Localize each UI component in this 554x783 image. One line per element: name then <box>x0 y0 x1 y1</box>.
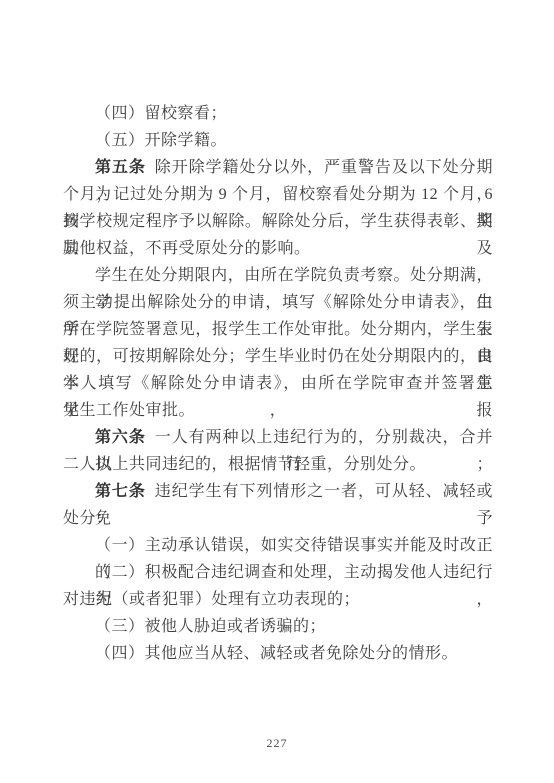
line-text: 学生工作处审批。 <box>63 402 195 419</box>
text-line: 好的，可按期解除处分；学生毕业时仍在处分期限内的，由学生 <box>63 343 493 370</box>
text-line: 须主动提出解除处分的申请，填写《解除处分申请表》，由学生 <box>63 289 493 316</box>
line-text: （五）开除学籍。 <box>95 132 227 149</box>
line-text: 二人以上共同违纪的，根据情节轻重，分别处分。 <box>63 456 426 473</box>
line-text: 违纪学生有下列情形之一者，可从轻、减轻或免予 <box>95 483 493 527</box>
text-line: （四）其他应当从轻、减轻或者免除处分的情形。 <box>63 640 493 667</box>
text-line: 所在学院签署意见，报学生工作处审批。处分期内，学生表现良 <box>63 316 493 343</box>
article-number: 第五条 <box>95 159 146 176</box>
document-page: （四）留校察看；（五）开除学籍。第五条除开除学籍处分以外，严重警告及以下处分期为… <box>0 0 554 783</box>
text-line: 按学校规定程序予以解除。解除处分后，学生获得表彰、奖励及 <box>63 208 493 235</box>
line-text: 对违纪（或者犯罪）处理有立功表现的； <box>63 591 360 608</box>
page-number: 227 <box>0 736 554 751</box>
line-text: 处分： <box>63 510 113 527</box>
document-text-block: （四）留校察看；（五）开除学籍。第五条除开除学籍处分以外，严重警告及以下处分期为… <box>63 100 493 667</box>
text-line: （四）留校察看； <box>63 100 493 127</box>
text-line: 学生在处分期限内，由所在学院负责考察。处分期满，学生 <box>63 262 493 289</box>
text-line: 第七条违纪学生有下列情形之一者，可从轻、减轻或免予 <box>63 478 493 505</box>
text-line: 本人填写《解除处分申请表》，由所在学院审查并签署意见，报 <box>63 370 493 397</box>
text-line: 第六条一人有两种以上违纪行为的，分别裁决，合并执行； <box>63 424 493 451</box>
line-text: （三）被他人胁迫或者诱骗的； <box>95 618 326 635</box>
text-line: （二）积极配合违纪调查和处理，主动揭发他人违纪行为， <box>63 559 493 586</box>
text-line: （三）被他人胁迫或者诱骗的； <box>63 613 493 640</box>
line-text: （四）其他应当从轻、减轻或者免除处分的情形。 <box>95 645 458 662</box>
text-line: 第五条除开除学籍处分以外，严重警告及以下处分期为 6 <box>63 154 493 181</box>
article-number: 第七条 <box>95 483 146 500</box>
text-line: （五）开除学籍。 <box>63 127 493 154</box>
line-text: 其他权益，不再受原处分的影响。 <box>63 240 311 257</box>
line-text: （四）留校察看； <box>95 105 227 122</box>
text-line: 个月，记过处分期为 9 个月，留校察看处分期为 12 个月，到期 <box>63 181 493 208</box>
text-line: （一）主动承认错误，如实交待错误事实并能及时改正的； <box>63 532 493 559</box>
article-number: 第六条 <box>95 429 146 446</box>
